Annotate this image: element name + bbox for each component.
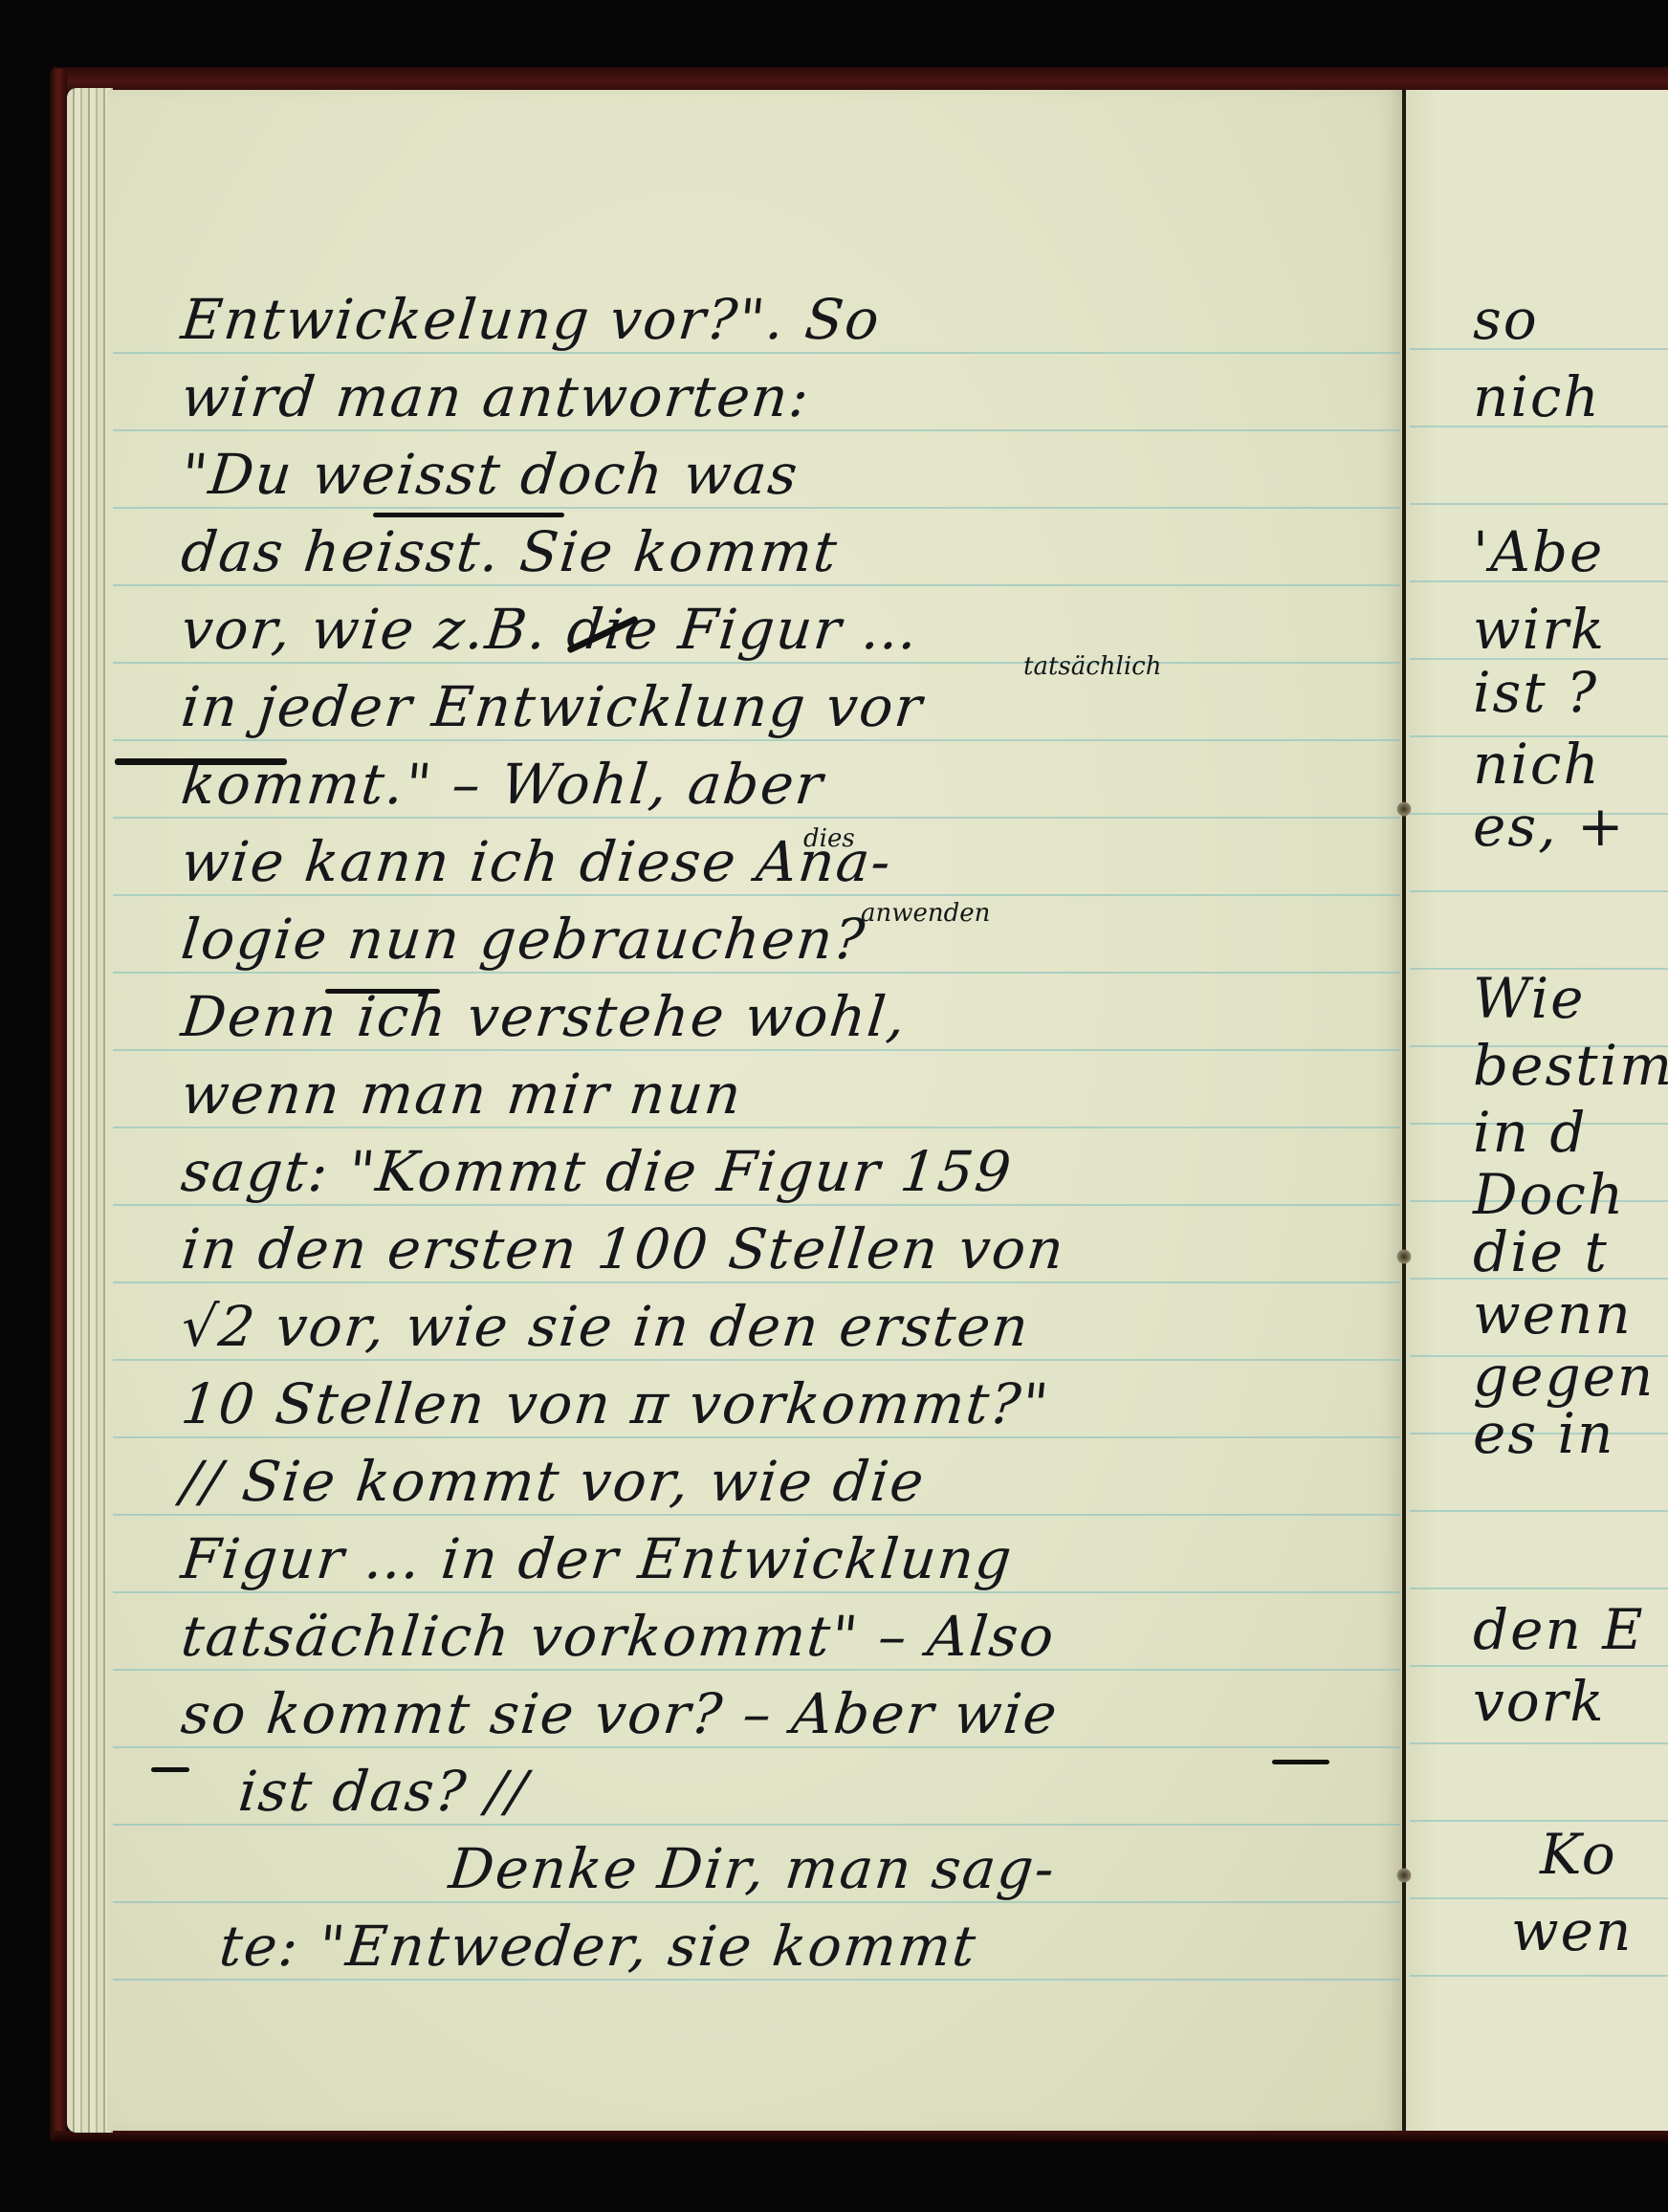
- text-line: te: "Entweder, sie kommt: [216, 1914, 980, 1979]
- text-line: das heisst. Sie kommt: [178, 519, 841, 584]
- ruled-line: [113, 1901, 1400, 1903]
- text-fragment: bestim: [1473, 1033, 1668, 1098]
- ruled-line: [1410, 1510, 1668, 1512]
- interlinear-insertion: tatsächlich: [1023, 652, 1162, 681]
- interlinear-insertion: dies: [803, 824, 855, 853]
- underline-mark: [1272, 1760, 1329, 1764]
- text-fragment: nich: [1473, 364, 1601, 429]
- text-line: wie kann ich diese Ana-: [178, 829, 895, 894]
- text-fragment: Ko: [1540, 1822, 1617, 1887]
- ruled-line: [113, 1359, 1400, 1361]
- underline-mark: [151, 1767, 189, 1772]
- notebook-cover-left-edge: [50, 69, 67, 2142]
- text-fragment: nich: [1473, 732, 1601, 797]
- ruled-line: [113, 429, 1400, 431]
- binding-stitch: [1396, 1249, 1412, 1264]
- ruled-line: [113, 352, 1400, 354]
- text-fragment: 'Abe: [1473, 519, 1604, 584]
- text-fragment: so: [1473, 287, 1539, 352]
- underline-mark: [325, 989, 440, 994]
- text-fragment: es in: [1473, 1401, 1614, 1466]
- ruled-line: [1410, 890, 1668, 892]
- ruled-line: [1410, 1820, 1668, 1822]
- text-line: Entwickelung vor?". So: [178, 287, 884, 352]
- text-fragment: Wie: [1473, 966, 1585, 1031]
- ruled-line: [113, 817, 1400, 819]
- ruled-line: [113, 584, 1400, 586]
- ruled-line: [1410, 348, 1668, 350]
- ruled-line: [113, 894, 1400, 896]
- text-line: in den ersten 100 Stellen von: [178, 1216, 1068, 1281]
- strikethrough-mark: [115, 758, 287, 765]
- binding-stitch: [1396, 1868, 1412, 1883]
- ruled-line: [113, 739, 1400, 741]
- text-line: wird man antworten:: [178, 364, 813, 429]
- text-fragment: vork: [1473, 1669, 1606, 1734]
- text-fragment: gegen: [1473, 1344, 1655, 1409]
- interlinear-insertion: anwenden: [861, 899, 990, 928]
- ruled-line: [113, 1436, 1400, 1438]
- ruled-line: [113, 507, 1400, 509]
- text-line: so kommt sie vor? – Aber wie: [178, 1681, 1062, 1746]
- ruled-line: [113, 662, 1400, 664]
- text-line: √2 vor, wie sie in den ersten: [178, 1294, 1033, 1359]
- ruled-line: [113, 1746, 1400, 1748]
- ruled-line: [113, 1824, 1400, 1826]
- ruled-line: [113, 1204, 1400, 1206]
- text-line: tatsächlich vorkommt" – Also: [178, 1604, 1058, 1669]
- ruled-line: [113, 1979, 1400, 1981]
- text-line: logie nun gebrauchen?: [178, 907, 868, 972]
- text-fragment: ist ?: [1473, 660, 1598, 725]
- ruled-line: [113, 972, 1400, 974]
- ruled-line: [1410, 1588, 1668, 1589]
- ruled-line: [113, 1669, 1400, 1671]
- text-line: vor, wie z.B. die Figur …: [178, 597, 922, 662]
- notebook-cover-top-edge: [53, 67, 1668, 92]
- ruled-line: [113, 1514, 1400, 1516]
- text-fragment: wen: [1511, 1898, 1633, 1963]
- text-fragment: Doch: [1473, 1162, 1625, 1227]
- text-fragment: die t: [1473, 1219, 1609, 1284]
- text-line: Denn ich verstehe wohl,: [178, 984, 910, 1049]
- underline-mark: [373, 513, 564, 517]
- notebook-cover-bottom-edge: [53, 2131, 1668, 2142]
- text-fragment: wenn: [1473, 1281, 1633, 1347]
- text-line: ist das? //: [235, 1759, 531, 1824]
- text-fragment: in d: [1473, 1100, 1587, 1165]
- ruled-line: [113, 1127, 1400, 1128]
- page-stack-edges: [67, 88, 113, 2133]
- text-line: 10 Stellen von π vorkommt?": [178, 1371, 1053, 1436]
- ruled-line: [113, 1281, 1400, 1283]
- text-fragment: den E: [1473, 1597, 1645, 1662]
- text-line: "Du weisst doch was: [178, 442, 801, 507]
- ruled-line: [1410, 1742, 1668, 1744]
- ruled-line: [113, 1049, 1400, 1051]
- ruled-line: [1410, 1975, 1668, 1977]
- text-line: Figur … in der Entwicklung: [178, 1526, 1016, 1591]
- ruled-line: [1410, 503, 1668, 505]
- ruled-line: [113, 1591, 1400, 1593]
- text-line: Denke Dir, man sag-: [446, 1836, 1059, 1901]
- text-fragment: wirk: [1473, 597, 1606, 662]
- text-line: wenn man mir nun: [178, 1062, 745, 1127]
- spine-gutter: [1402, 90, 1406, 2131]
- text-fragment: es, +: [1473, 794, 1626, 859]
- text-line: in jeder Entwicklung vor: [178, 674, 926, 739]
- text-line: // Sie kommt vor, wie die: [178, 1449, 928, 1514]
- text-line: sagt: "Kommt die Figur 159: [178, 1139, 1016, 1204]
- ruled-line: [1410, 1665, 1668, 1667]
